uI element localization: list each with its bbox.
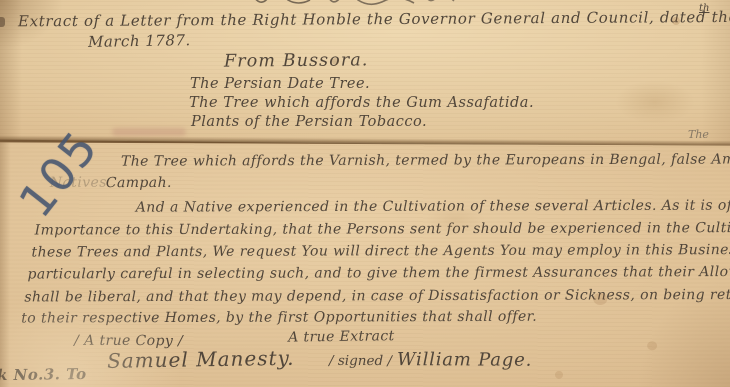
body-line: The Tree which affords the Varnish, term… [121,152,730,170]
list-item: The Persian Date Tree. [190,77,370,93]
heading-line: Extract of a Letter from the Right Honbl… [18,9,730,30]
catchword: The [688,129,709,141]
body-line: Importance to this Undertaking, that the… [35,221,730,239]
body-line: And a Native experienced in the Cultivat… [136,198,730,216]
foxing-spot [647,341,657,350]
foxing-spot [555,371,563,379]
body-line: to their respective Homes, by the first … [21,310,537,327]
attestation-extract: A true Extract [288,329,395,346]
body-line: particularly careful in selecting such, … [27,265,730,283]
paper-sheet-bottom: The Tree which affords the Varnish, term… [0,142,730,387]
handwriting-descenders-icon [248,0,463,10]
heading-superscript: th [699,3,709,14]
signed-label: / signed / [329,353,392,369]
paper-stain [615,80,695,124]
signature-author: William Page. [397,349,532,371]
corner-fragment: k No.3. To [0,366,87,384]
body-line: shall be liberal, and that they may depe… [24,288,730,306]
list-item: Plants of the Persian Tobacco. [191,115,427,131]
signature-copyist: Samuel Manesty. [107,347,295,372]
signature-author-line: / signed / William Page. [329,350,532,371]
faint-red-stamp-smudge [112,128,186,136]
list-item: The Tree which affords the Gum Assafatid… [189,96,534,112]
date-line: March 1787. [88,32,191,50]
paper-sheet-top: Extract of a Letter from the Right Honbl… [0,0,730,150]
place-heading: From Bussora. [224,51,369,72]
clipped-handwriting-fragment [248,0,463,10]
body-line: Campah. [106,176,172,192]
manuscript-page: Extract of a Letter from the Right Honbl… [0,0,730,387]
edge-cut-character [0,17,5,27]
body-line: these Trees and Plants, We request You w… [32,243,730,261]
